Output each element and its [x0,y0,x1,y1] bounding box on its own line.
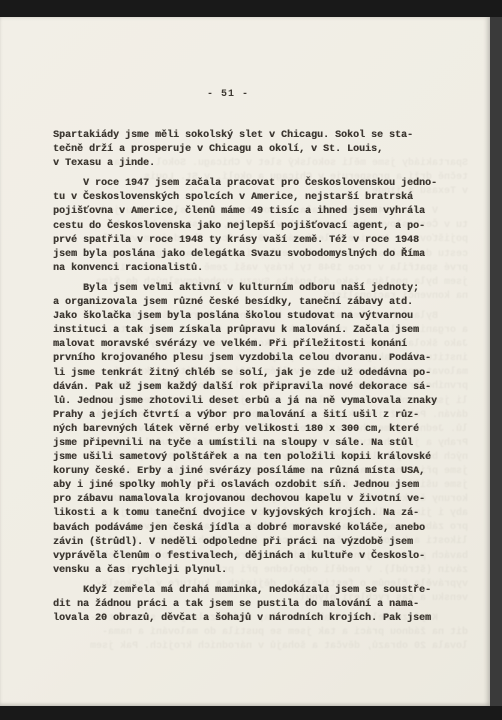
text-line: a organizovala jsem různé české besídky,… [53,296,437,310]
text-line: závin (štrůdl). V neděli odpoledne při p… [53,536,437,550]
text-line: Byla jsem velmi aktivní v kulturním odbo… [53,282,437,296]
text-line: dáván. Pak už jsem každý další rok připr… [53,381,437,395]
text-line: vensku a čas rychleji plynul. [53,564,437,578]
text-line: likosti a k tomu taneční dvojice v kyjov… [53,507,437,521]
text-line: Prahy a jejích čtvrtí a výbor pro malová… [53,409,437,423]
text-line: malovat moravské svérázy ve velkém. Při … [53,338,437,352]
text-line: li jsme tenkrát žitný chléb se solí, jak… [53,367,437,381]
text-line: lů. Jednou jsme zhotovili deset erbů a j… [53,395,437,409]
text-line: V roce 1947 jsem začala pracovat pro Čes… [53,177,437,191]
text-line: koruny české. Erby a jiné svérázy posílá… [53,465,437,479]
text-line: jsem byla poslána jako delegátka Svazu s… [53,248,437,262]
paragraph: Spartakiády jsme měli sokolský slet v Ch… [53,129,437,171]
text-line: cestu do Československa jako nejlepší po… [53,220,437,234]
text-line: tu v Československých spolcích v Americe… [53,191,437,205]
scan-background: Spartakiády jsme měli sokolský slet v Ch… [0,0,502,720]
text-line: v Texasu a jinde. [53,157,437,171]
paragraph: V roce 1947 jsem začala pracovat pro Čes… [53,177,437,276]
text-line: Spartakiády jsme měli sokolský slet v Ch… [53,129,437,143]
page-number: - 51 - [0,89,456,100]
paragraph: Byla jsem velmi aktivní v kulturním odbo… [53,282,437,578]
text-line: dit na žádnou práci a tak jsem se pustil… [28,626,468,640]
text-line: prvního krojovaného plesu jsem vyzdobila… [53,352,437,366]
text-line: jsme připevnili na tyče a umístili na sl… [53,437,437,451]
text-line: bavách podáváme jen česká jídla a dobré … [53,522,437,536]
text-line: ných barevných látek věrné erby velikost… [53,423,437,437]
text-line: pojišťovna v Americe, členů máme 49 tisí… [53,205,437,219]
text-line: Když zemřela má drahá maminka, nedokázal… [53,584,437,598]
text-line: na konvenci racionalistů. [53,262,437,276]
document-page: Spartakiády jsme měli sokolský slet v Ch… [0,17,490,706]
text-line: prvé spatřila v roce 1948 ty krásy vaší … [53,234,437,248]
text-line: tečně drží a prosperuje v Chicagu a okol… [53,143,437,157]
text-line: lovala 20 obrazů, děvčat a šohajů v náro… [53,612,437,626]
text-line: vyprávěla členům o festivalech, dějinách… [53,550,437,564]
text-line: dit na žádnou práci a tak jsem se pustil… [53,598,437,612]
text-line: pro zábavu namalovala krojovanou dechovo… [53,493,437,507]
scan-backing-strip [489,17,502,706]
typewritten-text: Spartakiády jsme měli sokolský slet v Ch… [53,129,437,626]
text-line: instituci a tak jsem získala průpravu k … [53,324,437,338]
text-line: aby i jiné spolky mohly při oslavách ozd… [53,479,437,493]
paragraph: Když zemřela má drahá maminka, nedokázal… [53,584,437,626]
text-line: lovala 20 obrazů, děvčat a šohajů v náro… [28,640,468,654]
text-line: Jako školačka jsem byla poslána školou s… [53,310,437,324]
text-line: jsme ušili sametový polštářek a na ten p… [53,451,437,465]
